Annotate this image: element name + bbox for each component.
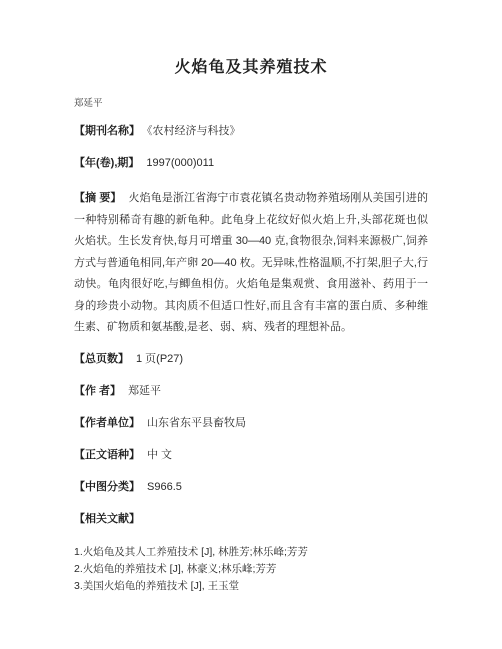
- related-article-2: 2.火焰龟的养殖技术 [J], 林豪义;林乐峰;芳芳: [74, 561, 428, 578]
- page-title: 火焰龟及其养殖技术: [74, 57, 428, 79]
- field-label-year-issue: 【年(卷),期】: [74, 157, 139, 169]
- field-label-abstract: 【摘 要】: [74, 192, 122, 204]
- field-value-clc: S966.5: [147, 481, 182, 493]
- field-value-year-issue: 1997(000)011: [146, 157, 214, 169]
- field-clc-number: 【中图分类】S966.5: [74, 480, 428, 494]
- related-article-1: 1.火焰龟及其人工养殖技术 [J], 林胜芳;林乐峰;芳芳: [74, 544, 428, 561]
- field-label-related: 【相关文献】: [74, 513, 140, 525]
- field-language: 【正文语种】中 文: [74, 448, 428, 462]
- field-value-journal: 《农村经济与科技》: [147, 125, 241, 137]
- related-article-3: 3.美国火焰龟的养殖技术 [J], 王玉堂: [74, 578, 428, 595]
- field-value-abstract: 火焰龟是浙江省海宁市袁花镇名贵动物养殖场刚从美国引进的一种特别稀奇有趣的新龟种。…: [74, 192, 428, 333]
- field-label-total-pages: 【总页数】: [74, 353, 129, 365]
- field-journal-name: 【期刊名称】《农村经济与科技》: [74, 124, 428, 138]
- field-abstract: 【摘 要】火焰龟是浙江省海宁市袁花镇名贵动物养殖场刚从美国引进的一种特别稀奇有趣…: [74, 188, 428, 339]
- field-value-total-pages: 1 页(P27): [136, 353, 183, 365]
- field-author: 【作 者】郑延平: [74, 384, 428, 398]
- related-literature-list: 1.火焰龟及其人工养殖技术 [J], 林胜芳;林乐峰;芳芳 2.火焰龟的养殖技术…: [74, 544, 428, 595]
- field-author-affiliation: 【作者单位】山东省东平县畜牧局: [74, 416, 428, 430]
- field-label-clc: 【中图分类】: [74, 481, 140, 493]
- field-year-issue: 【年(卷),期】1997(000)011: [74, 156, 428, 170]
- field-label-language: 【正文语种】: [74, 449, 140, 461]
- document-page: 火焰龟及其养殖技术 郑延平 【期刊名称】《农村经济与科技》 【年(卷),期】19…: [0, 0, 502, 649]
- field-label-author: 【作 者】: [74, 385, 121, 397]
- author-name: 郑延平: [74, 98, 428, 110]
- field-label-journal: 【期刊名称】: [74, 125, 140, 137]
- field-label-affiliation: 【作者单位】: [74, 417, 140, 429]
- field-related-literature-header: 【相关文献】: [74, 512, 428, 526]
- field-value-language: 中 文: [147, 449, 172, 461]
- field-total-pages: 【总页数】1 页(P27): [74, 352, 428, 366]
- field-value-author: 郑延平: [128, 385, 161, 397]
- field-value-affiliation: 山东省东平县畜牧局: [147, 417, 246, 429]
